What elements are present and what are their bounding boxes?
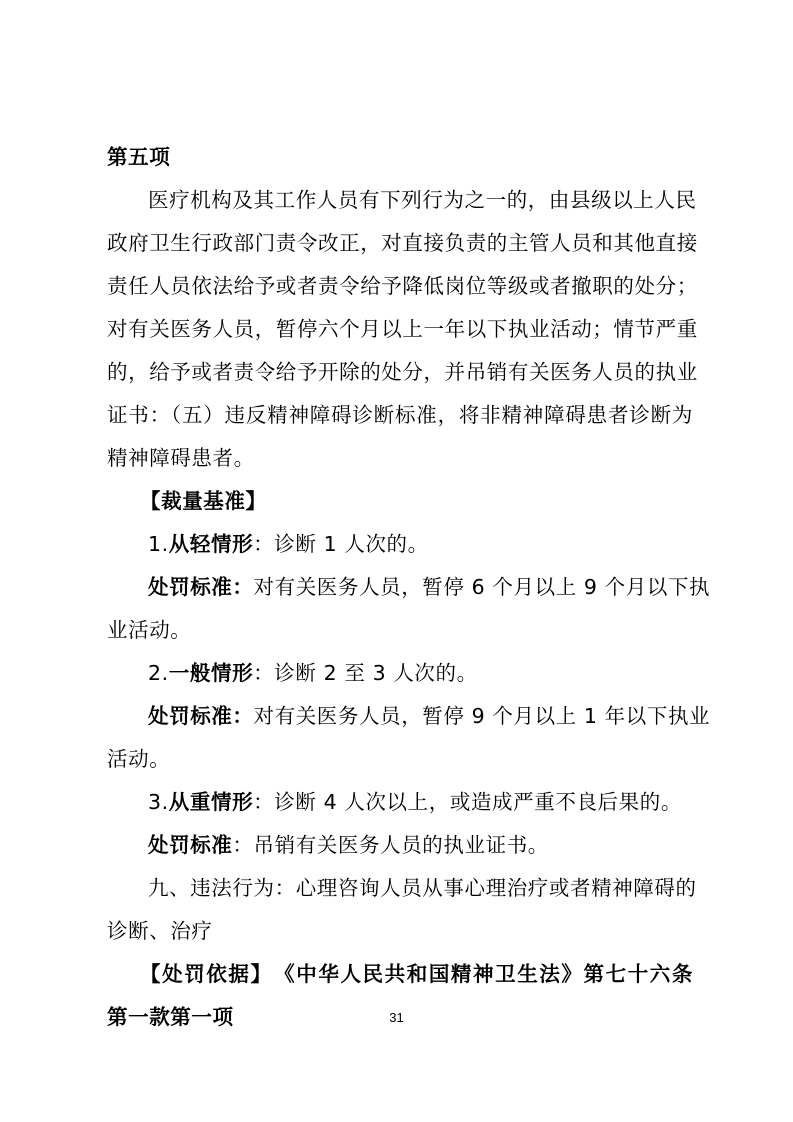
penalty-text: ：吊销有关医务人员的执业证书。 bbox=[232, 833, 549, 857]
criteria-item-2: 2.一般情形：诊断 2 至 3 人次的。 bbox=[148, 659, 478, 687]
penalty-basis: 【处罚依据】 《中华人民共和国精神卫生法》第七十六条 bbox=[140, 960, 693, 988]
item-label: 一般情形 bbox=[169, 661, 253, 685]
item-label: 从轻情形 bbox=[169, 532, 253, 556]
item-prefix: 3. bbox=[148, 790, 169, 814]
penalty-standard-3: 处罚标准：吊销有关医务人员的执业证书。 bbox=[148, 831, 549, 859]
item-prefix: 2. bbox=[148, 661, 169, 685]
criteria-item-1: 1.从轻情形：诊断 1 人次的。 bbox=[148, 530, 429, 558]
penalty-standard-1: 处罚标准：对有关医务人员，暂停 6 个月以上 9 个月以下执 bbox=[148, 573, 693, 601]
paragraph-line: 责任人员依法给予或者责令给予降低岗位等级或者撤职的处分； bbox=[107, 272, 693, 300]
section-title: 【裁量基准】 bbox=[140, 487, 267, 515]
violation-line: 九、违法行为：心理咨询人员从事心理治疗或者精神障碍的 bbox=[148, 874, 693, 902]
item-text: ：诊断 4 人次以上，或造成严重不良后果的。 bbox=[253, 790, 682, 814]
paragraph-line: 对有关医务人员，暂停六个月以上一年以下执业活动；情节严重 bbox=[107, 315, 693, 343]
penalty-continuation: 活动。 bbox=[107, 745, 170, 773]
item-prefix: 1. bbox=[148, 532, 169, 556]
item-label: 从重情形 bbox=[169, 790, 253, 814]
paragraph-line: 证书：（五）违反精神障碍诊断标准，将非精神障碍患者诊断为 bbox=[107, 401, 693, 429]
paragraph-line: 精神障碍患者。 bbox=[107, 444, 255, 472]
penalty-label: 处罚标准： bbox=[148, 575, 254, 599]
penalty-text: 对有关医务人员，暂停 6 个月以上 9 个月以下执 bbox=[254, 575, 711, 599]
paragraph-line: 医疗机构及其工作人员有下列行为之一的，由县级以上人民 bbox=[148, 186, 693, 214]
penalty-continuation: 业活动。 bbox=[107, 616, 191, 644]
paragraph-line: 的，给予或者责令给予开除的处分，并吊销有关医务人员的执业 bbox=[107, 358, 693, 386]
item-text: ：诊断 2 至 3 人次的。 bbox=[253, 661, 478, 685]
paragraph-line: 政府卫生行政部门责令改正，对直接负责的主管人员和其他直接 bbox=[107, 229, 693, 257]
penalty-label: 处罚标准： bbox=[148, 704, 254, 728]
violation-continuation: 诊断、治疗 bbox=[107, 917, 213, 945]
penalty-standard-2: 处罚标准：对有关医务人员，暂停 9 个月以上 1 年以下执业 bbox=[148, 702, 693, 730]
item-text: ：诊断 1 人次的。 bbox=[253, 532, 429, 556]
criteria-item-3: 3.从重情形：诊断 4 人次以上，或造成严重不良后果的。 bbox=[148, 788, 682, 816]
page-number: 31 bbox=[0, 1010, 793, 1025]
heading: 第五项 bbox=[107, 143, 170, 171]
penalty-label: 处罚标准 bbox=[148, 833, 232, 857]
penalty-text: 对有关医务人员，暂停 9 个月以上 1 年以下执业 bbox=[254, 704, 711, 728]
